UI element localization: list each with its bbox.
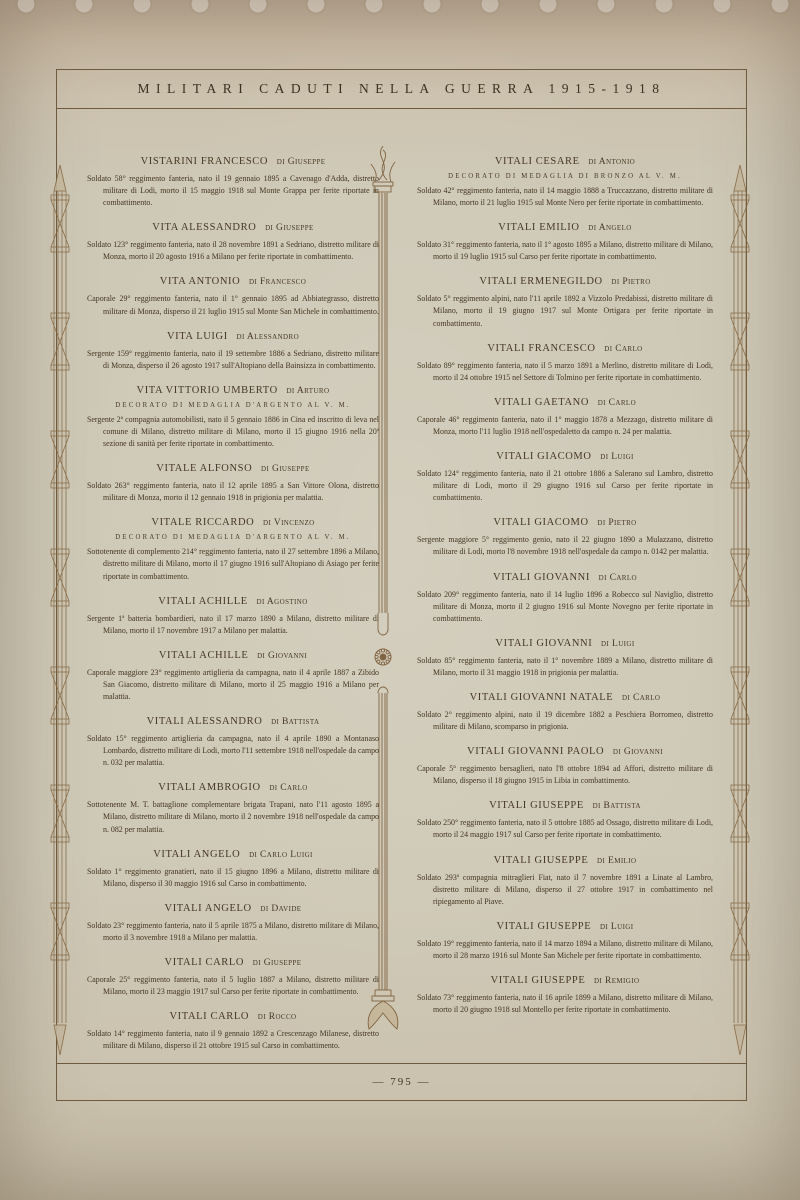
casualty-entry: VITALI ANGELO di Davide Soldato 23° regg… (87, 900, 379, 944)
casualty-entry: VITALI GIUSEPPE di Emilio Soldato 293ª c… (417, 852, 713, 908)
casualty-surname: VITALI GIACOMO (496, 451, 591, 462)
casualty-details: Soldato 263° reggimento fanteria, nato i… (87, 480, 379, 504)
casualty-qualifier: di Carlo (598, 398, 636, 408)
casualty-qualifier: di Arturo (286, 386, 329, 396)
medal-citation: DECORATO DI MEDAGLIA D'ARGENTO AL V. M. (87, 402, 379, 409)
casualty-surname: VITALI CARLO (165, 957, 245, 968)
casualty-qualifier: di Emilio (597, 856, 636, 866)
casualty-heading: VISTARINI FRANCESCO di Giuseppe (87, 153, 379, 168)
casualty-details: Caporale 46° reggimento fanteria, nato i… (417, 414, 713, 438)
casualty-details: Soldato 19° reggimento fanteria, nato il… (417, 938, 713, 962)
casualty-entry: VITALE ALFONSO di Giuseppe Soldato 263° … (87, 460, 379, 504)
casualty-surname: VITALI GIUSEPPE (496, 921, 591, 932)
casualty-details: Caporale 25° reggimento fanteria, nato i… (87, 974, 379, 998)
casualty-heading: VITALI ALESSANDRO di Battista (87, 713, 379, 728)
casualty-heading: VITA VITTORIO UMBERTO di Arturo (87, 382, 379, 397)
casualty-heading: VITALE RICCARDO di Vincenzo (87, 514, 379, 529)
casualty-surname: VITALI CESARE (495, 156, 580, 167)
casualty-surname: VITALI ACHILLE (159, 650, 249, 661)
casualty-heading: VITALI GIACOMO di Pietro (417, 514, 713, 529)
casualty-heading: VITALI GIACOMO di Luigi (417, 448, 713, 463)
column-right: VITALI CESARE di Antonio DECORATO DI MED… (417, 109, 713, 1063)
casualty-qualifier: di Giuseppe (277, 157, 326, 167)
casualty-entry: VITALI GIOVANNI NATALE di Carlo Soldato … (417, 689, 713, 733)
casualty-qualifier: di Pietro (611, 277, 650, 287)
casualty-heading: VITA ALESSANDRO di Giuseppe (87, 219, 379, 234)
casualty-qualifier: di Giovanni (613, 747, 663, 757)
casualty-details: Soldato 31° reggimento fanteria, nato il… (417, 239, 713, 263)
casualty-entry: VITA LUIGI di Alessandro Sergente 159° r… (87, 328, 379, 372)
scanned-page-photo: MILITARI CADUTI NELLA GUERRA 1915-1918 V… (0, 0, 800, 1200)
casualty-surname: VITALI GIUSEPPE (494, 855, 589, 866)
casualty-details: Soldato 2° reggimento alpini, nato il 19… (417, 709, 713, 733)
casualty-details: Soldato 42° reggimento fanteria, nato il… (417, 185, 713, 209)
medal-citation: DECORATO DI MEDAGLIA D'ARGENTO AL V. M. (87, 534, 379, 541)
page-title: MILITARI CADUTI NELLA GUERRA 1915-1918 (138, 81, 666, 97)
casualty-entry: VITALI CARLO di Rocco Soldato 14° reggim… (87, 1008, 379, 1052)
casualty-heading: VITALI ANGELO di Davide (87, 900, 379, 915)
casualty-surname: VITALI GIOVANNI PAOLO (467, 746, 604, 757)
casualty-qualifier: di Francesco (249, 277, 306, 287)
casualty-heading: VITALI FRANCESCO di Carlo (417, 340, 713, 355)
casualty-qualifier: di Rocco (258, 1012, 297, 1022)
casualty-entry: VITALI GIOVANNI di Carlo Soldato 209° re… (417, 569, 713, 625)
casualty-qualifier: di Vincenzo (263, 518, 315, 528)
casualty-heading: VITALI CARLO di Rocco (87, 1008, 379, 1023)
casualty-qualifier: di Carlo (604, 344, 642, 354)
casualty-entry: VITALI ANGELO di Carlo Luigi Soldato 1° … (87, 846, 379, 890)
casualty-details: Soldato 15° reggimento artiglieria da ca… (87, 733, 379, 769)
casualty-qualifier: di Luigi (601, 639, 635, 649)
casualty-surname: VITALI GAETANO (494, 397, 589, 408)
title-band: MILITARI CADUTI NELLA GUERRA 1915-1918 (57, 70, 746, 109)
casualty-qualifier: di Luigi (600, 452, 634, 462)
casualty-entry: VITALI ALESSANDRO di Battista Soldato 15… (87, 713, 379, 769)
casualty-surname: VITA ANTONIO (160, 276, 241, 287)
casualty-entry: VITALI CESARE di Antonio DECORATO DI MED… (417, 153, 713, 209)
casualty-entry: VITALI GIOVANNI PAOLO di Giovanni Capora… (417, 743, 713, 787)
casualty-surname: VISTARINI FRANCESCO (141, 156, 269, 167)
casualty-details: Sergente 159° reggimento fanteria, nato … (87, 348, 379, 372)
casualty-entry: VITALI GIUSEPPE di Remigio Soldato 73° r… (417, 972, 713, 1016)
casualty-surname: VITALE ALFONSO (156, 463, 252, 474)
casualty-surname: VITA LUIGI (167, 331, 228, 342)
casualty-qualifier: di Battista (271, 717, 319, 727)
casualty-entry: VITA VITTORIO UMBERTO di Arturo DECORATO… (87, 382, 379, 450)
footer-band: — 795 — (57, 1063, 746, 1100)
casualty-surname: VITALI ALESSANDRO (147, 716, 263, 727)
casualty-surname: VITA VITTORIO UMBERTO (137, 385, 278, 396)
casualty-entry: VITALI CARLO di Giuseppe Caporale 25° re… (87, 954, 379, 998)
casualty-details: Soldato 1° reggimento granatieri, nato i… (87, 866, 379, 890)
flame-icon (371, 146, 395, 182)
casualty-details: Sergente 1ª batteria bombardieri, nato i… (87, 613, 379, 637)
casualty-heading: VITALI ERMENEGILDO di Pietro (417, 273, 713, 288)
casualty-entry: VITALI GIUSEPPE di Battista Soldato 250°… (417, 797, 713, 841)
casualty-heading: VITALI GIUSEPPE di Emilio (417, 852, 713, 867)
casualty-heading: VITALI ACHILLE di Agostino (87, 593, 379, 608)
casualty-heading: VITALI GIOVANNI NATALE di Carlo (417, 689, 713, 704)
casualty-qualifier: di Giuseppe (265, 223, 314, 233)
casualty-entry: VITALI AMBROGIO di Carlo Sottotenente M.… (87, 779, 379, 835)
casualty-heading: VITALE ALFONSO di Giuseppe (87, 460, 379, 475)
deckle-edge (0, 0, 800, 20)
casualty-qualifier: di Carlo (622, 693, 660, 703)
casualty-surname: VITALI ANGELO (165, 903, 252, 914)
casualty-surname: VITALI GIACOMO (493, 517, 588, 528)
casualty-entry: VITA ALESSANDRO di Giuseppe Soldato 123°… (87, 219, 379, 263)
casualty-qualifier: di Davide (260, 904, 301, 914)
casualty-qualifier: di Luigi (600, 922, 634, 932)
casualty-details: Caporale maggiore 23° reggimento artigli… (87, 667, 379, 703)
casualty-surname: VITALI GIUSEPPE (491, 975, 586, 986)
casualty-heading: VITALI GAETANO di Carlo (417, 394, 713, 409)
casualty-entry: VITALI GIACOMO di Pietro Sergente maggio… (417, 514, 713, 558)
casualty-qualifier: di Pietro (597, 518, 636, 528)
casualty-entry: VITALE RICCARDO di Vincenzo DECORATO DI … (87, 514, 379, 582)
casualty-details: Soldato 14° reggimento fanteria, nato il… (87, 1028, 379, 1052)
casualty-surname: VITALI ANGELO (153, 849, 240, 860)
casualty-heading: VITALI CESARE di Antonio (417, 153, 713, 168)
casualty-entry: VITALI GIOVANNI di Luigi Soldato 85° reg… (417, 635, 713, 679)
casualty-heading: VITALI GIUSEPPE di Remigio (417, 972, 713, 987)
casualty-heading: VITA ANTONIO di Francesco (87, 273, 379, 288)
casualty-details: Sergente maggiore 5° reggimento genio, n… (417, 534, 713, 558)
casualty-details: Soldato 250° reggimento fanteria, nato i… (417, 817, 713, 841)
casualty-qualifier: di Battista (593, 801, 641, 811)
casualty-details: Soldato 58° reggimento fanteria, nato il… (87, 173, 379, 209)
casualty-entry: VITALI EMILIO di Angelo Soldato 31° regg… (417, 219, 713, 263)
casualty-heading: VITALI AMBROGIO di Carlo (87, 779, 379, 794)
casualty-qualifier: di Carlo (599, 573, 637, 583)
casualty-heading: VITALI GIOVANNI PAOLO di Giovanni (417, 743, 713, 758)
casualty-qualifier: di Agostino (256, 597, 307, 607)
casualty-qualifier: di Angelo (588, 223, 631, 233)
casualty-details: Soldato 23° reggimento fanteria, nato il… (87, 920, 379, 944)
column-left: VISTARINI FRANCESCO di Giuseppe Soldato … (87, 109, 379, 1063)
casualty-details: Caporale 5° reggimento bersaglieri, nato… (417, 763, 713, 787)
casualty-heading: VITALI GIOVANNI di Luigi (417, 635, 713, 650)
casualty-qualifier: di Giovanni (257, 651, 307, 661)
casualty-surname: VITALI FRANCESCO (487, 343, 595, 354)
casualty-entry: VITALI FRANCESCO di Carlo Soldato 89° re… (417, 340, 713, 384)
casualty-heading: VITALI ACHILLE di Giovanni (87, 647, 379, 662)
casualty-qualifier: di Giuseppe (253, 958, 302, 968)
casualty-details: Soldato 123° reggimento fanteria, nato i… (87, 239, 379, 263)
casualty-details: Sergente 2ª compagnia automobilisti, nat… (87, 414, 379, 450)
casualty-qualifier: di Alessandro (237, 332, 300, 342)
casualty-details: Soldato 73° reggimento fanteria, nato il… (417, 992, 713, 1016)
fasces-ornament-left-icon (43, 165, 77, 1055)
casualty-details: Caporale 29° reggimento fanteria, nato i… (87, 293, 379, 317)
casualty-details: Soldato 209° reggimento fanteria, nato i… (417, 589, 713, 625)
casualty-heading: VITALI GIUSEPPE di Luigi (417, 918, 713, 933)
casualty-surname: VITA ALESSANDRO (152, 222, 256, 233)
casualty-entry: VITALI GIUSEPPE di Luigi Soldato 19° reg… (417, 918, 713, 962)
casualty-qualifier: di Carlo (269, 783, 307, 793)
casualty-surname: VITALI ACHILLE (158, 596, 248, 607)
casualty-entry: VITALI ACHILLE di Giovanni Caporale magg… (87, 647, 379, 703)
casualty-qualifier: di Remigio (594, 976, 639, 986)
fasces-ornament-right-icon (723, 165, 757, 1055)
casualty-heading: VITALI GIUSEPPE di Battista (417, 797, 713, 812)
casualty-entry: VITA ANTONIO di Francesco Caporale 29° r… (87, 273, 379, 317)
casualty-surname: VITALI GIOVANNI (495, 638, 592, 649)
casualty-details: Soldato 85° reggimento fanteria, nato il… (417, 655, 713, 679)
torch-ornament-icon (365, 145, 401, 1050)
casualty-heading: VITALI ANGELO di Carlo Luigi (87, 846, 379, 861)
casualty-details: Soldato 124° reggimento fanteria, nato i… (417, 468, 713, 504)
casualty-surname: VITALI GIOVANNI NATALE (470, 692, 614, 703)
casualty-entry: VITALI ERMENEGILDO di Pietro Soldato 5° … (417, 273, 713, 329)
casualty-details: Soldato 293ª compagnia mitraglieri Fiat,… (417, 872, 713, 908)
casualty-heading: VITALI GIOVANNI di Carlo (417, 569, 713, 584)
casualty-entry: VITALI GAETANO di Carlo Caporale 46° reg… (417, 394, 713, 438)
casualty-qualifier: di Giuseppe (261, 464, 310, 474)
casualty-details: Soldato 89° reggimento fanteria, nato il… (417, 360, 713, 384)
casualty-details: Sottotenente di complemento 214° reggime… (87, 546, 379, 582)
casualty-surname: VITALI ERMENEGILDO (479, 276, 602, 287)
casualty-entry: VISTARINI FRANCESCO di Giuseppe Soldato … (87, 153, 379, 209)
medal-citation: DECORATO DI MEDAGLIA DI BRONZO AL V. M. (417, 173, 713, 180)
casualty-surname: VITALE RICCARDO (151, 517, 254, 528)
casualty-details: Sottotenente M. T. battaglione complemen… (87, 799, 379, 835)
casualty-details: Soldato 5° reggimento alpini, nato l'11 … (417, 293, 713, 329)
content-area: VISTARINI FRANCESCO di Giuseppe Soldato … (57, 109, 746, 1063)
casualty-surname: VITALI CARLO (170, 1011, 250, 1022)
rosette-icon (375, 649, 391, 665)
casualty-qualifier: di Carlo Luigi (249, 850, 313, 860)
casualty-surname: VITALI GIUSEPPE (489, 800, 584, 811)
casualty-heading: VITA LUIGI di Alessandro (87, 328, 379, 343)
casualty-entry: VITALI GIACOMO di Luigi Soldato 124° reg… (417, 448, 713, 504)
casualty-surname: VITALI AMBROGIO (158, 782, 260, 793)
casualty-heading: VITALI EMILIO di Angelo (417, 219, 713, 234)
casualty-heading: VITALI CARLO di Giuseppe (87, 954, 379, 969)
casualty-surname: VITALI EMILIO (498, 222, 579, 233)
page-frame: MILITARI CADUTI NELLA GUERRA 1915-1918 V… (56, 69, 747, 1101)
casualty-surname: VITALI GIOVANNI (493, 572, 590, 583)
casualty-qualifier: di Antonio (588, 157, 635, 167)
page-number: — 795 — (373, 1076, 431, 1088)
casualty-entry: VITALI ACHILLE di Agostino Sergente 1ª b… (87, 593, 379, 637)
